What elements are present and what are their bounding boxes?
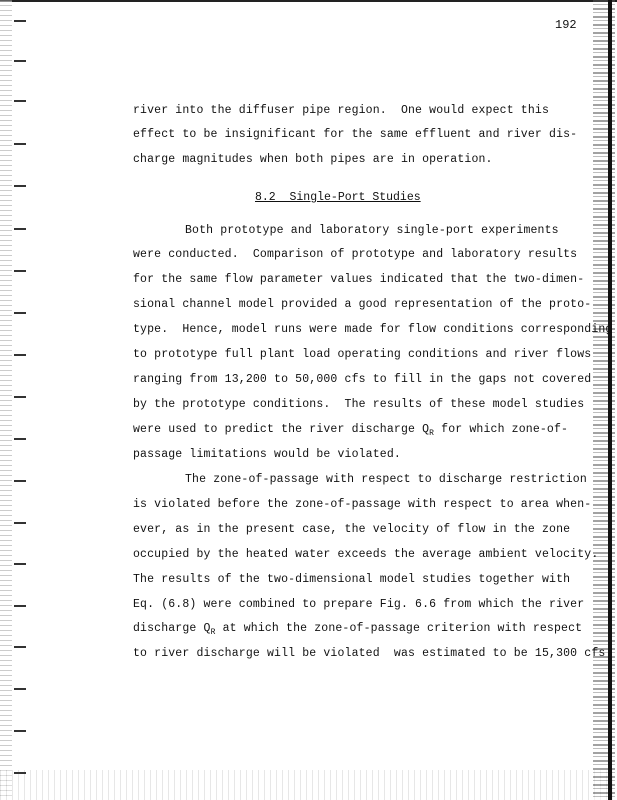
margin-tick-mark [14, 185, 26, 187]
text-line: river into the diffuser pipe region. One… [133, 104, 549, 117]
scanned-document-page: 192 river into the diffuser pipe region.… [0, 0, 617, 800]
margin-tick-mark [14, 228, 26, 230]
margin-tick-mark [14, 730, 26, 732]
margin-tick-mark [14, 396, 26, 398]
text-line: to river discharge will be violated was … [133, 647, 612, 660]
text-fragment: were used to predict the river discharge… [133, 423, 429, 436]
text-fragment: discharge Q [133, 622, 211, 635]
margin-tick-mark [14, 772, 26, 774]
text-line: The results of the two-dimensional model… [133, 573, 570, 586]
text-line: for the same flow parameter values indic… [133, 273, 584, 286]
text-line: is violated before the zone-of-passage w… [133, 498, 591, 511]
text-line: sional channel model provided a good rep… [133, 298, 591, 311]
text-line: effect to be insignificant for the same … [133, 128, 577, 141]
margin-tick-mark [14, 480, 26, 482]
text-line: discharge QR at which the zone-of-passag… [133, 622, 582, 637]
section-heading: 8.2 Single-Port Studies [255, 191, 421, 204]
text-line: by the prototype conditions. The results… [133, 398, 584, 411]
text-line: Both prototype and laboratory single-por… [185, 224, 559, 237]
text-fragment: for which zone-of- [434, 423, 568, 436]
text-line: The zone-of-passage with respect to disc… [185, 473, 587, 486]
text-line: to prototype full plant load operating c… [133, 348, 591, 361]
margin-tick-mark [14, 143, 26, 145]
scan-right-rule [608, 0, 612, 800]
text-line: passage limitations would be violated. [133, 448, 401, 461]
margin-tick-mark [14, 354, 26, 356]
margin-tick-mark [14, 646, 26, 648]
margin-tick-mark [14, 312, 26, 314]
margin-tick-mark [14, 60, 26, 62]
text-line: type. Hence, model runs were made for fl… [133, 323, 612, 336]
margin-tick-mark [14, 688, 26, 690]
scan-top-edge [0, 0, 617, 2]
text-line: occupied by the heated water exceeds the… [133, 548, 598, 561]
text-line: were conducted. Comparison of prototype … [133, 248, 577, 261]
text-line: Eq. (6.8) were combined to prepare Fig. … [133, 598, 584, 611]
margin-tick-mark [14, 438, 26, 440]
margin-tick-mark [14, 270, 26, 272]
margin-tick-mark [14, 605, 26, 607]
scan-left-margin-noise [0, 0, 12, 800]
margin-tick-mark [14, 100, 26, 102]
margin-tick-mark [14, 563, 26, 565]
text-line: ever, as in the present case, the veloci… [133, 523, 570, 536]
text-fragment: at which the zone-of-passage criterion w… [216, 622, 583, 635]
text-line: were used to predict the river discharge… [133, 423, 568, 438]
text-line: ranging from 13,200 to 50,000 cfs to fil… [133, 373, 591, 386]
margin-tick-mark [14, 20, 26, 22]
page-number: 192 [555, 18, 577, 32]
margin-tick-mark [14, 522, 26, 524]
scan-bottom-noise [0, 770, 617, 800]
text-line: charge magnitudes when both pipes are in… [133, 153, 493, 166]
